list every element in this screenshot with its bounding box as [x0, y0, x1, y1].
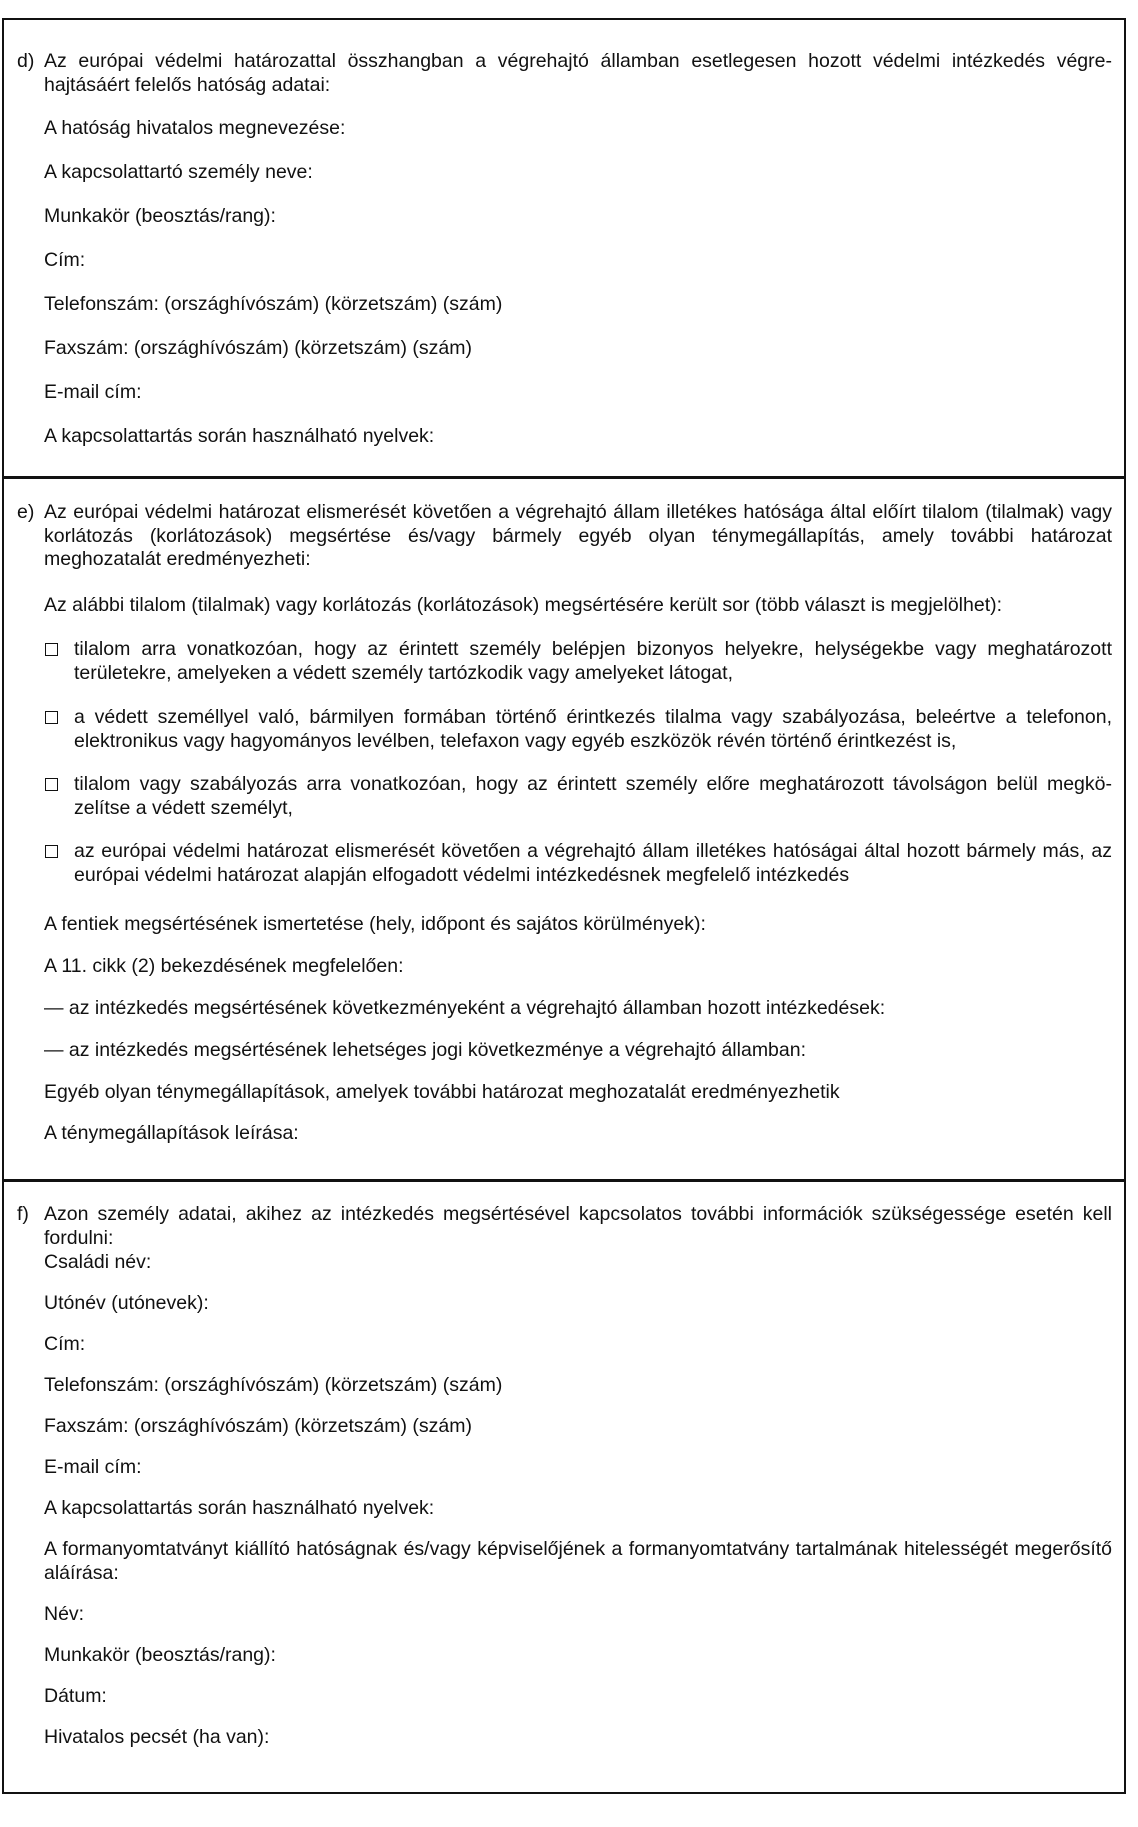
violations-intro: Az alábbi tilalom (tilalmak) vagy korlát… [44, 594, 1112, 618]
field-other-findings: Egyéb olyan ténymegállapítások, amelyek … [44, 1081, 1112, 1105]
checkbox[interactable] [45, 643, 58, 656]
checkbox-item-contact-ban[interactable]: a védett személlyel való, bármilyen form… [44, 706, 1112, 753]
field-contact-person: A kapcsolattartó személy neve: [44, 161, 1112, 185]
section-e-heading-text: Az európai védelmi határozat elismerését… [44, 501, 1112, 572]
field-legal-consequence: — az intézkedés megsértésének lehetséges… [44, 1039, 1112, 1063]
section-d-label: d) [17, 50, 34, 74]
checkbox-label: a védett személlyel való, bármilyen form… [74, 706, 1112, 753]
section-f: f) Azon személy adatai, akihez az intézk… [4, 1179, 1124, 1792]
field-email: E-mail cím: [44, 381, 1112, 405]
field-signatory-name: Név: [44, 1603, 1112, 1627]
field-languages: A kapcsolattartás során használható nyel… [44, 1497, 1112, 1521]
field-address: Cím: [44, 249, 1112, 273]
field-date: Dátum: [44, 1685, 1112, 1709]
section-e-label: e) [17, 501, 34, 525]
field-fax: Faxszám: (országhívószám) (körzetszám) (… [44, 1415, 1112, 1439]
signature-intro: A formanyomtatványt kiállító hatóságnak … [44, 1538, 1112, 1585]
checkbox-item-distance-ban[interactable]: tilalom vagy szabályozás arra vonatkozóa… [44, 773, 1112, 820]
field-phone: Telefonszám: (országhívószám) (körzetszá… [44, 293, 1112, 317]
checkbox-item-other-measure[interactable]: az európai védelmi határozat elismerését… [44, 840, 1112, 887]
checkbox-label: az európai védelmi határozat elismerését… [74, 840, 1112, 887]
section-d-heading: d) Az európai védelmi határozattal összh… [17, 50, 1112, 97]
section-e-heading: e) Az európai védelmi határozat elismeré… [17, 501, 1112, 572]
field-violation-description: A fentiek megsértésének ismertetése (hel… [44, 913, 1112, 937]
field-position: Munkakör (beosztás/rang): [44, 205, 1112, 229]
field-article-11: A 11. cikk (2) bekezdésének megfelelően: [44, 955, 1112, 979]
section-f-heading-text: Azon személy adatai, akihez az intézkedé… [44, 1203, 1112, 1250]
field-authority-name: A hatóság hivatalos megnevezése: [44, 117, 1112, 141]
checkbox[interactable] [45, 845, 58, 858]
field-fax: Faxszám: (országhívószám) (körzetszám) (… [44, 337, 1112, 361]
section-d-heading-text: Az európai védelmi határozattal összhang… [44, 50, 1112, 97]
field-measures-taken: — az intézkedés megsértésének következmé… [44, 997, 1112, 1021]
field-given-names: Utónév (utónevek): [44, 1292, 1112, 1316]
form-frame: d) Az európai védelmi határozattal összh… [2, 18, 1126, 1794]
section-f-label: f) [17, 1203, 29, 1227]
field-phone: Telefonszám: (országhívószám) (körzetszá… [44, 1374, 1112, 1398]
field-family-name: Családi név: [44, 1251, 1112, 1275]
checkbox-label: tilalom arra vonatkozóan, hogy az érinte… [74, 638, 1112, 685]
field-address: Cím: [44, 1333, 1112, 1357]
field-signatory-position: Munkakör (beosztás/rang): [44, 1644, 1112, 1668]
field-findings-description: A ténymegállapítások leírása: [44, 1122, 1112, 1146]
section-d: d) Az európai védelmi határozattal összh… [4, 20, 1124, 476]
checkbox[interactable] [45, 711, 58, 724]
field-languages: A kapcsolattartás során használható nyel… [44, 425, 1112, 449]
field-official-stamp: Hivatalos pecsét (ha van): [44, 1726, 1112, 1750]
section-f-heading: f) Azon személy adatai, akihez az intézk… [17, 1203, 1112, 1250]
field-email: E-mail cím: [44, 1456, 1112, 1480]
checkbox-label: tilalom vagy szabályozás arra vonatkozóa… [74, 773, 1112, 820]
checkbox[interactable] [45, 778, 58, 791]
checkbox-item-access-ban[interactable]: tilalom arra vonatkozóan, hogy az érinte… [44, 638, 1112, 685]
section-e: e) Az európai védelmi határozat elismeré… [4, 476, 1124, 1179]
